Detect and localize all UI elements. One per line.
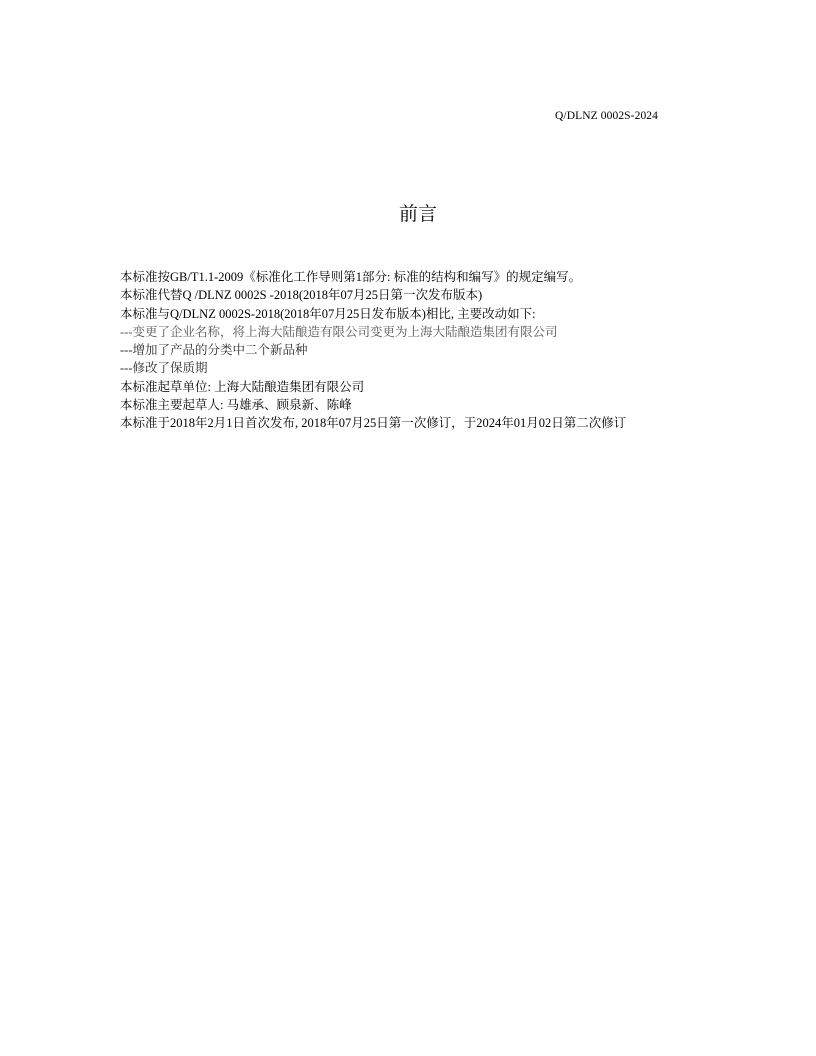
foreword-line-drafting-unit: 本标准起草单位: 上海大陆酿造集团有限公司 xyxy=(120,378,720,396)
foreword-body: 本标准按GB/T1.1-2009《标准化工作导则第1部分: 标准的结构和编写》的… xyxy=(120,268,720,433)
foreword-line-drafters: 本标准主要起草人: 马雄承、顾泉新、陈峰 xyxy=(120,396,720,414)
foreword-change-company-name: ---变更了企业名称，将上海大陆酿造有限公司变更为上海大陆酿造集团有限公司 xyxy=(120,323,720,341)
foreword-line-changes-intro: 本标准与Q/DLNZ 0002S-2018(2018年07月25日发布版本)相比… xyxy=(120,305,720,323)
foreword-change-shelf-life: ---修改了保质期 xyxy=(120,359,720,377)
standard-code: Q/DLNZ 0002S-2024 xyxy=(555,110,658,122)
foreword-line-drafting-rules: 本标准按GB/T1.1-2009《标准化工作导则第1部分: 标准的结构和编写》的… xyxy=(120,268,720,286)
foreword-line-replaces: 本标准代替Q /DLNZ 0002S -2018(2018年07月25日第一次发… xyxy=(120,286,720,304)
page-title: 前言 xyxy=(0,199,816,226)
foreword-line-release-history: 本标准于2018年2月1日首次发布, 2018年07月25日第一次修订，于202… xyxy=(120,414,720,432)
foreword-change-new-varieties: ---增加了产品的分类中二个新品种 xyxy=(120,341,720,359)
